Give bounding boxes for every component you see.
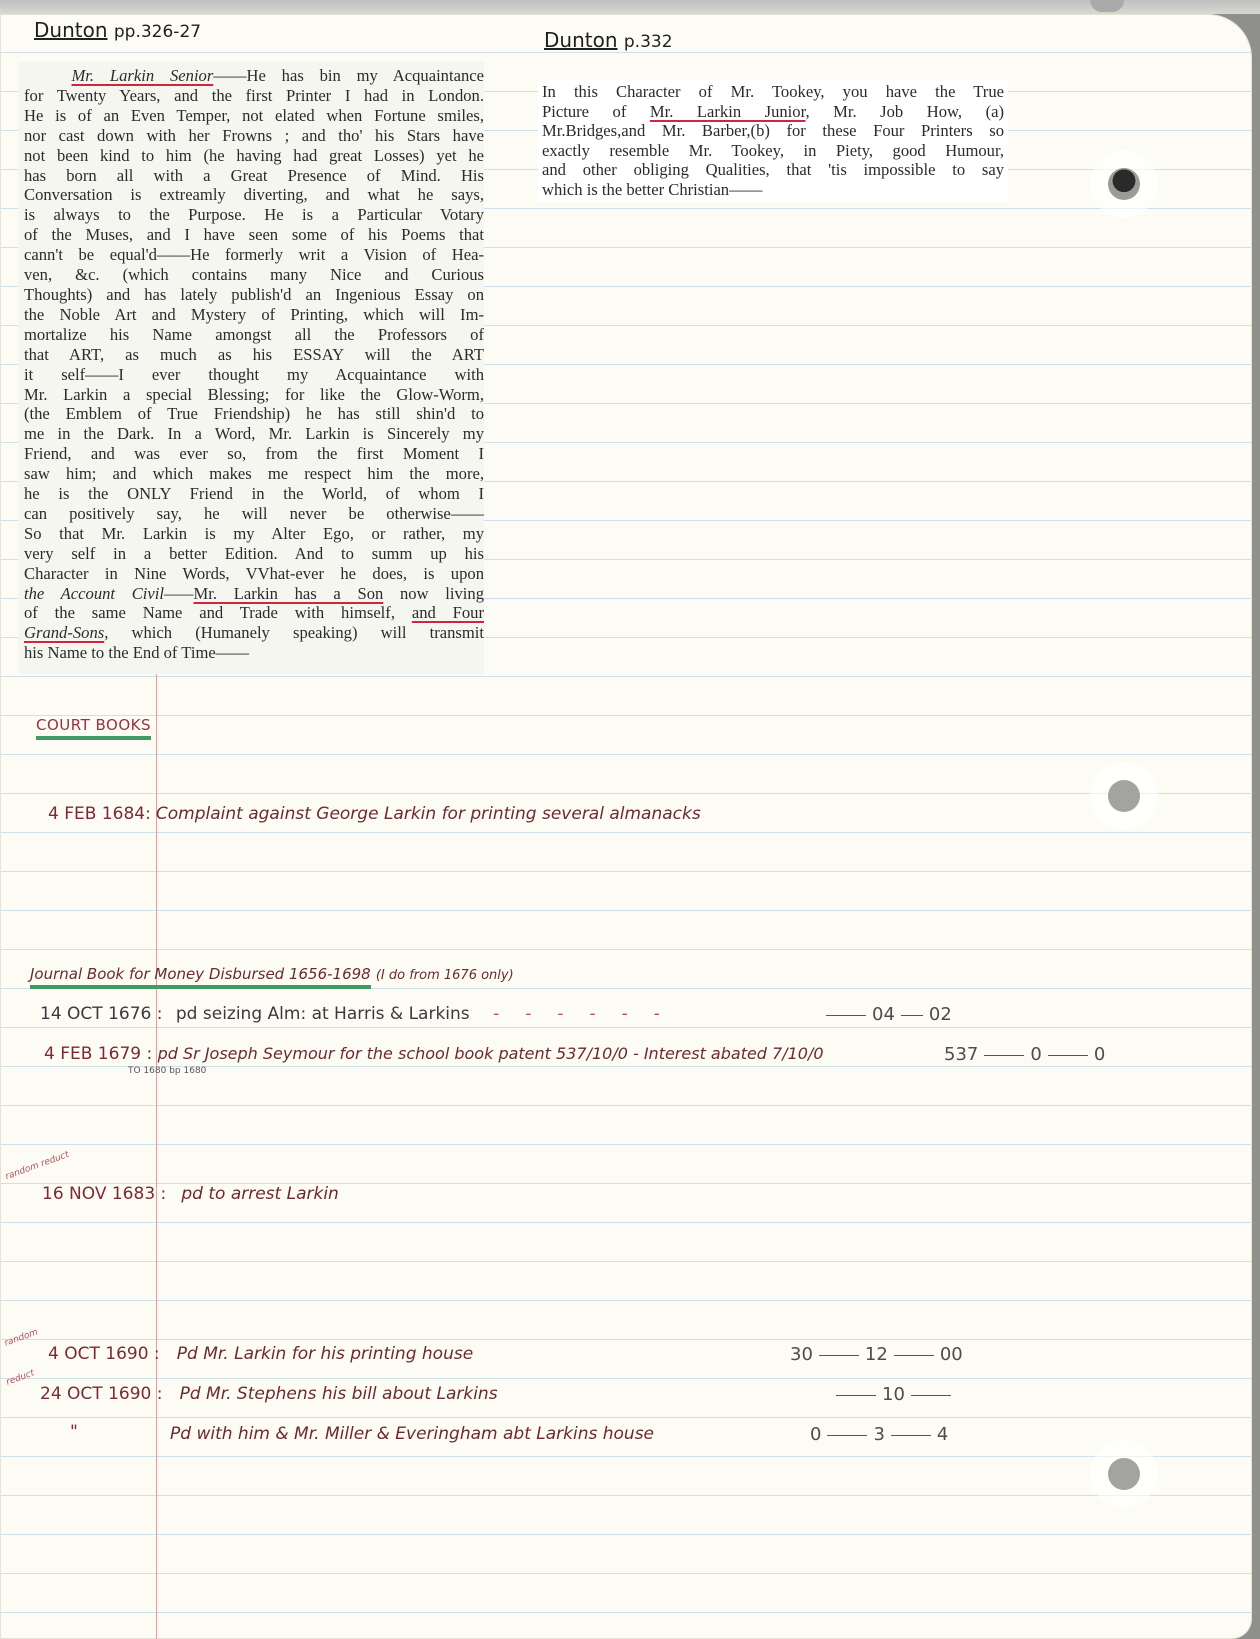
journal-note: (I do from 1676 only)	[376, 968, 514, 983]
clip-line: cann't be equal'd——He formerly writ a Vi…	[24, 245, 484, 265]
court-books-heading: COURT BOOKS	[36, 716, 151, 740]
source-pages: pp.326-27	[114, 22, 201, 42]
clip-line: In this Character of Mr. Tookey, you hav…	[542, 82, 1004, 102]
clip-line: is always to the Purpose. He is a Partic…	[24, 205, 484, 225]
entry-date: 24 OCT 1690 :	[40, 1384, 162, 1404]
clip-line: Conversation is extreamly diverting, and…	[24, 185, 484, 205]
binder-clip	[1090, 0, 1124, 12]
entry-text: Pd Mr. Stephens his bill about Larkins	[180, 1384, 498, 1404]
clip-line: He is of an Even Temper, not elated when…	[24, 106, 484, 126]
journal-book-heading: Journal Book for Money Disbursed 1656-16…	[30, 964, 514, 983]
clip-line: me in the Dark. In a Word, Mr. Larkin is…	[24, 424, 484, 444]
clip-line: exactly resemble Mr. Tookey, in Piety, g…	[542, 141, 1004, 161]
entry-date: 14 OCT 1676 :	[40, 1004, 162, 1024]
ditto-mark: "	[70, 1422, 78, 1442]
entry-text: Complaint against George Larkin for prin…	[156, 804, 701, 824]
scanner-background-top	[0, 0, 1260, 14]
clip-line: the Account Civil——Mr. Larkin has a Son …	[24, 584, 484, 604]
punch-hole-top	[1108, 168, 1140, 200]
underlined-son: Mr. Larkin has a Son	[194, 584, 384, 603]
clip-line: his Name to the End of Time——	[24, 643, 484, 663]
clip-line: Mr. Larkin a special Blessing; for like …	[24, 385, 484, 405]
entry-text: pd to arrest Larkin	[181, 1184, 338, 1204]
entry-amount: 0402	[820, 1004, 952, 1025]
clipping-left-label: Dunton pp.326-27	[34, 18, 201, 42]
court-entry: 4 FEB 1684: Complaint against George Lar…	[48, 804, 701, 824]
clip-line: has born all with a Great Presence of Mi…	[24, 166, 484, 186]
entry-date: 4 FEB 1679 :	[44, 1044, 152, 1064]
clip-line: saw him; and which makes me respect him …	[24, 464, 484, 484]
clip-line: (the Emblem of True Friendship) he has s…	[24, 404, 484, 424]
margin-note: reduct	[5, 1369, 35, 1387]
underlined-grandsons: Grand-Sons	[24, 623, 104, 642]
entry-text: pd Sr Joseph Seymour for the school book…	[158, 1044, 824, 1063]
margin-note: random	[4, 1328, 40, 1348]
journal-entry: 16 NOV 1683 : pd to arrest Larkin	[42, 1184, 339, 1204]
punch-hole-bottom	[1108, 1458, 1140, 1490]
entry-date: 16 NOV 1683 :	[42, 1184, 166, 1204]
entry-date: 4 FEB 1684:	[48, 804, 151, 824]
clipping-right-label: Dunton p.332	[544, 28, 673, 52]
entry-amount: 301200	[790, 1344, 963, 1365]
journal-entry: 4 FEB 1679 : pd Sr Joseph Seymour for th…	[44, 1044, 824, 1064]
clip-line: ven, &c. (which contains many Nice and C…	[24, 265, 484, 285]
entry-date: 4 OCT 1690 :	[48, 1344, 160, 1364]
journal-entry: 4 OCT 1690 : Pd Mr. Larkin for his print…	[48, 1344, 473, 1364]
journal-entry: 14 OCT 1676 : pd seizing Alm: at Harris …	[40, 1004, 686, 1024]
entry-amount: 034	[810, 1424, 948, 1445]
source-name: Dunton	[544, 28, 618, 52]
newspaper-clipping-dunton-332: In this Character of Mr. Tookey, you hav…	[538, 80, 1008, 202]
underlined-four: and Four	[412, 603, 484, 622]
clip-line: it self——I ever thought my Acquaintance …	[24, 365, 484, 385]
margin-note: random reduct	[4, 1151, 70, 1182]
margin-line	[156, 654, 157, 1639]
clip-line: Picture of Mr. Larkin Junior, Mr. Job Ho…	[542, 102, 1004, 122]
entry-text: Pd Mr. Larkin for his printing house	[177, 1344, 473, 1364]
clip-line: and other obliging Qualities, that 'tis …	[542, 160, 1004, 180]
underlined-larkin-junior: Mr. Larkin Junior	[650, 102, 806, 121]
clip-line: Mr. Larkin Senior——He has bin my Acquain…	[24, 66, 484, 86]
journal-entry: 24 OCT 1690 : Pd Mr. Stephens his bill a…	[40, 1384, 498, 1404]
punch-hole-middle	[1108, 780, 1140, 812]
clip-line: he is the ONLY Friend in the World, of w…	[24, 484, 484, 504]
clip-line: which is the better Christian——	[542, 180, 1004, 200]
clip-line: for Twenty Years, and the first Printer …	[24, 86, 484, 106]
clip-line: that ART, as much as his ESSAY will the …	[24, 345, 484, 365]
date-note: TO 1680 bp 1680	[128, 1066, 206, 1076]
clip-line: of the Muses, and I have seen some of hi…	[24, 225, 484, 245]
clip-line: not been kind to him (he having had grea…	[24, 146, 484, 166]
source-pages: p.332	[624, 32, 673, 52]
clip-line: Mr.Bridges,and Mr. Barber,(b) for these …	[542, 121, 1004, 141]
clip-line: Grand-Sons, which (Humanely speaking) wi…	[24, 623, 484, 643]
entry-amount: 10	[830, 1384, 957, 1405]
source-name: Dunton	[34, 18, 108, 42]
clip-line: So that Mr. Larkin is my Alter Ego, or r…	[24, 524, 484, 544]
notebook-page: Dunton pp.326-27 Mr. Larkin Senior——He h…	[0, 14, 1252, 1639]
clip-line: can positively say, he will never be oth…	[24, 504, 484, 524]
clip-line: the Noble Art and Mystery of Printing, w…	[24, 305, 484, 325]
clip-line: very self in a better Edition. And to su…	[24, 544, 484, 564]
entry-text: pd seizing Alm: at Harris & Larkins	[176, 1004, 470, 1024]
clip-line: of the same Name and Trade with himself,…	[24, 603, 484, 623]
clip-line: Friend, and was ever so, from the first …	[24, 444, 484, 464]
clip-line: mortalize his Name amongst all the Profe…	[24, 325, 484, 345]
clip-line: Character in Nine Words, VVhat-ever he d…	[24, 564, 484, 584]
entry-amount: 53700	[944, 1044, 1105, 1065]
clip-line: nor cast down with her Frowns ; and tho'…	[24, 126, 484, 146]
entry-text: Pd with him & Mr. Miller & Everingham ab…	[170, 1424, 654, 1444]
clip-line: Thoughts) and has lately publish'd an In…	[24, 285, 484, 305]
newspaper-clipping-dunton-326: Mr. Larkin Senior——He has bin my Acquain…	[18, 62, 484, 674]
